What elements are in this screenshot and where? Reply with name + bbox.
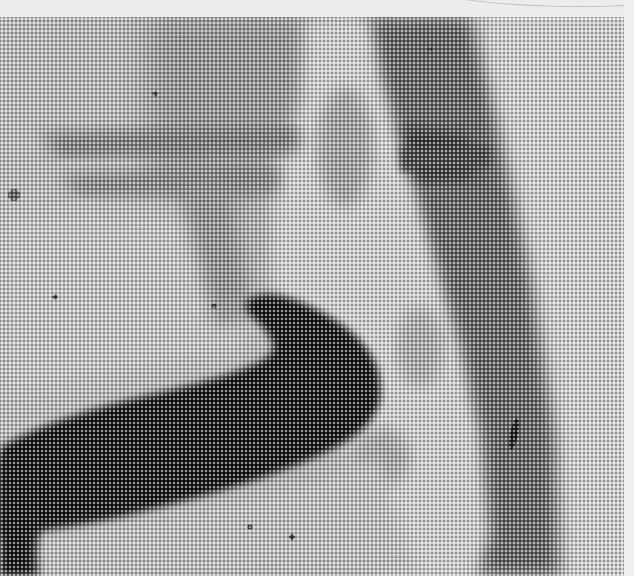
halftone-photograph [0, 17, 624, 576]
paper-right-margin [624, 0, 634, 576]
scanned-page [0, 0, 634, 576]
mid-tone-patch-2 [396, 307, 444, 387]
speck [428, 47, 432, 51]
speck [248, 525, 253, 530]
paper-top-margin [0, 0, 634, 17]
speck [153, 92, 158, 97]
photo-content [0, 17, 624, 576]
mid-tone-patch-1 [317, 87, 373, 207]
speck [212, 304, 217, 309]
paper-crease-line [420, 0, 634, 7]
dark-lower-left [0, 447, 40, 576]
speck [53, 295, 58, 300]
speck [8, 189, 20, 201]
speck [289, 534, 295, 540]
